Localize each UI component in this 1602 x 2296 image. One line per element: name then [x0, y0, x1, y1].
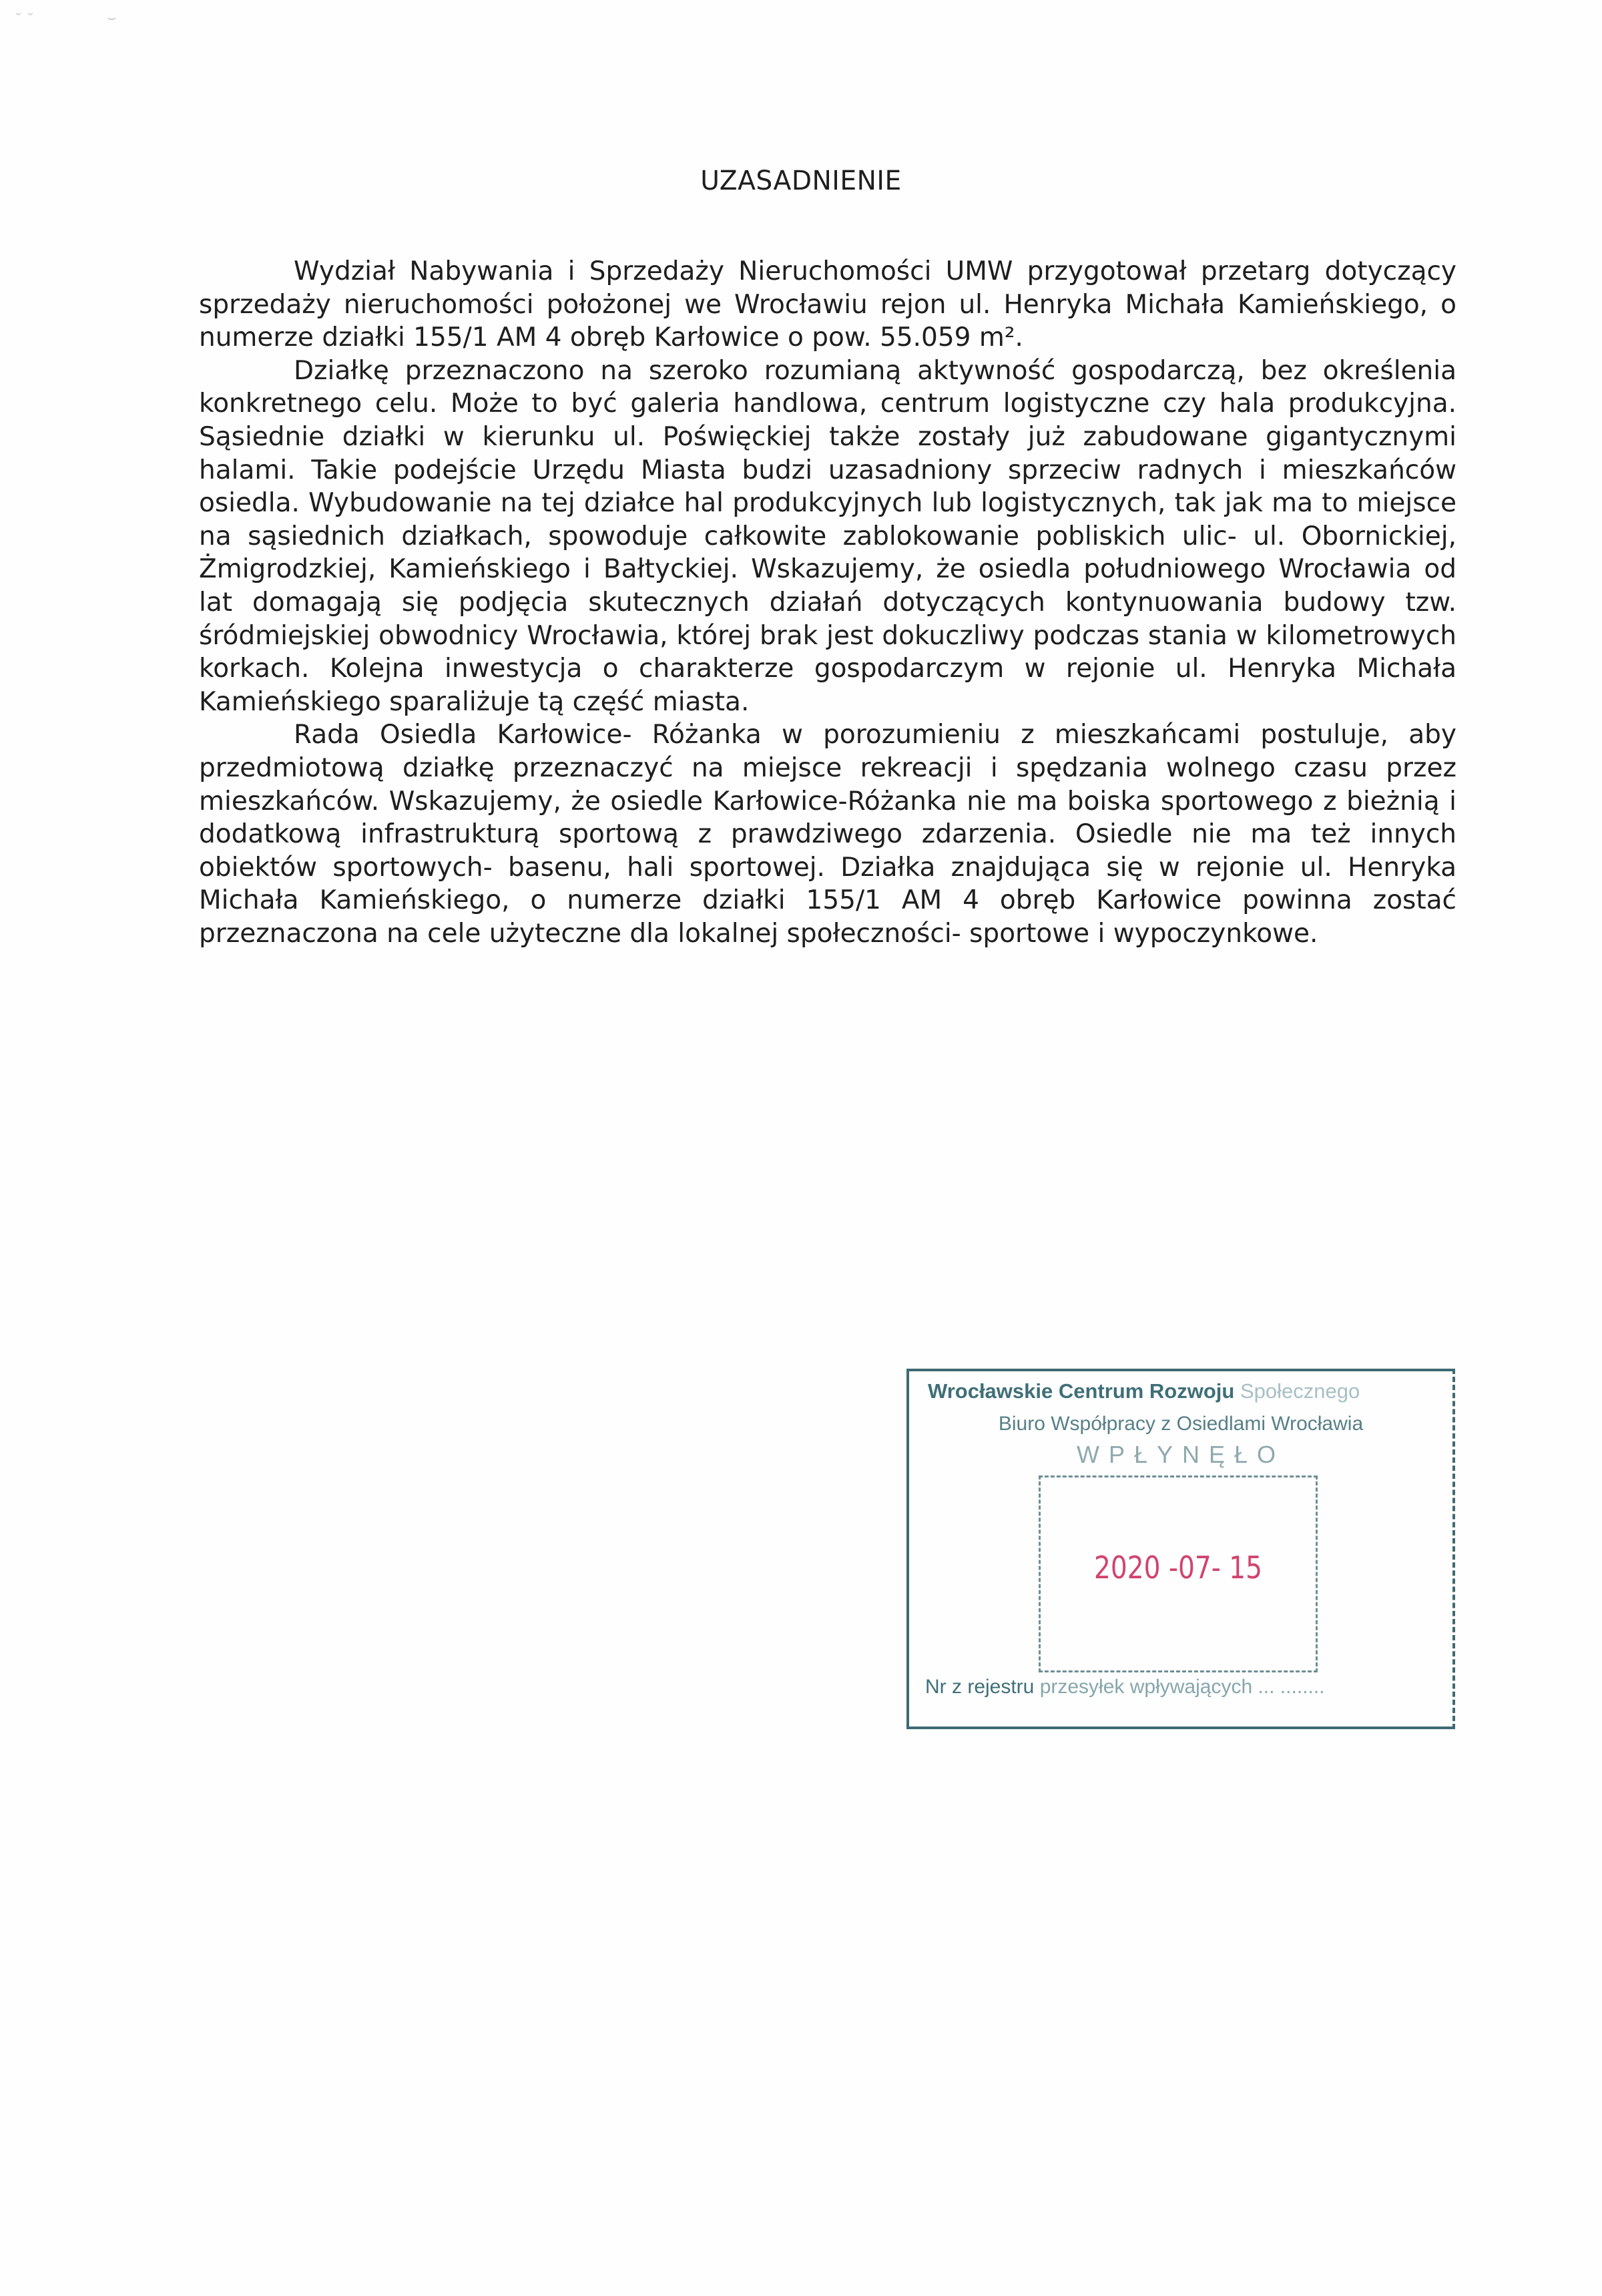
stamp-register-number: Nr z rejestru przesyłek wpływających ...…	[925, 1676, 1325, 1698]
document-body: Wydział Nabywania i Sprzedaży Nieruchomo…	[199, 255, 1456, 950]
scan-artifact: ˘ ˘	[15, 12, 34, 29]
stamp-date: 2020 -07- 15	[1061, 1550, 1295, 1586]
scanned-page: ˘ ˘ ⌣ UZASADNIENIE Wydział Nabywania i S…	[0, 0, 1602, 2296]
stamp-date-box: 2020 -07- 15	[1039, 1475, 1318, 1672]
paragraph: Działkę przeznaczono na szeroko rozumian…	[199, 355, 1456, 719]
received-stamp: Wrocławskie Centrum Rozwoju Społecznego …	[906, 1369, 1455, 1729]
stamp-organization: Wrocławskie Centrum Rozwoju Społecznego	[928, 1379, 1360, 1403]
paragraph: Wydział Nabywania i Sprzedaży Nieruchomo…	[199, 255, 1456, 355]
stamp-register-text: Nr z rejestru	[925, 1676, 1034, 1698]
paragraph: Rada Osiedla Karłowice- Różanka w porozu…	[199, 718, 1456, 950]
scan-artifact: ⌣	[107, 9, 116, 26]
stamp-register-faded: przesyłek wpływających ... ........	[1034, 1676, 1324, 1698]
stamp-organization-faded: Społecznego	[1234, 1379, 1360, 1403]
stamp-organization-text: Wrocławskie Centrum Rozwoju	[928, 1379, 1234, 1403]
document-title: UZASADNIENIE	[16, 166, 1586, 196]
stamp-received-label: WPŁYNĘŁO	[909, 1441, 1452, 1469]
stamp-office: Biuro Współpracy z Osiedlami Wrocławia	[909, 1413, 1452, 1435]
